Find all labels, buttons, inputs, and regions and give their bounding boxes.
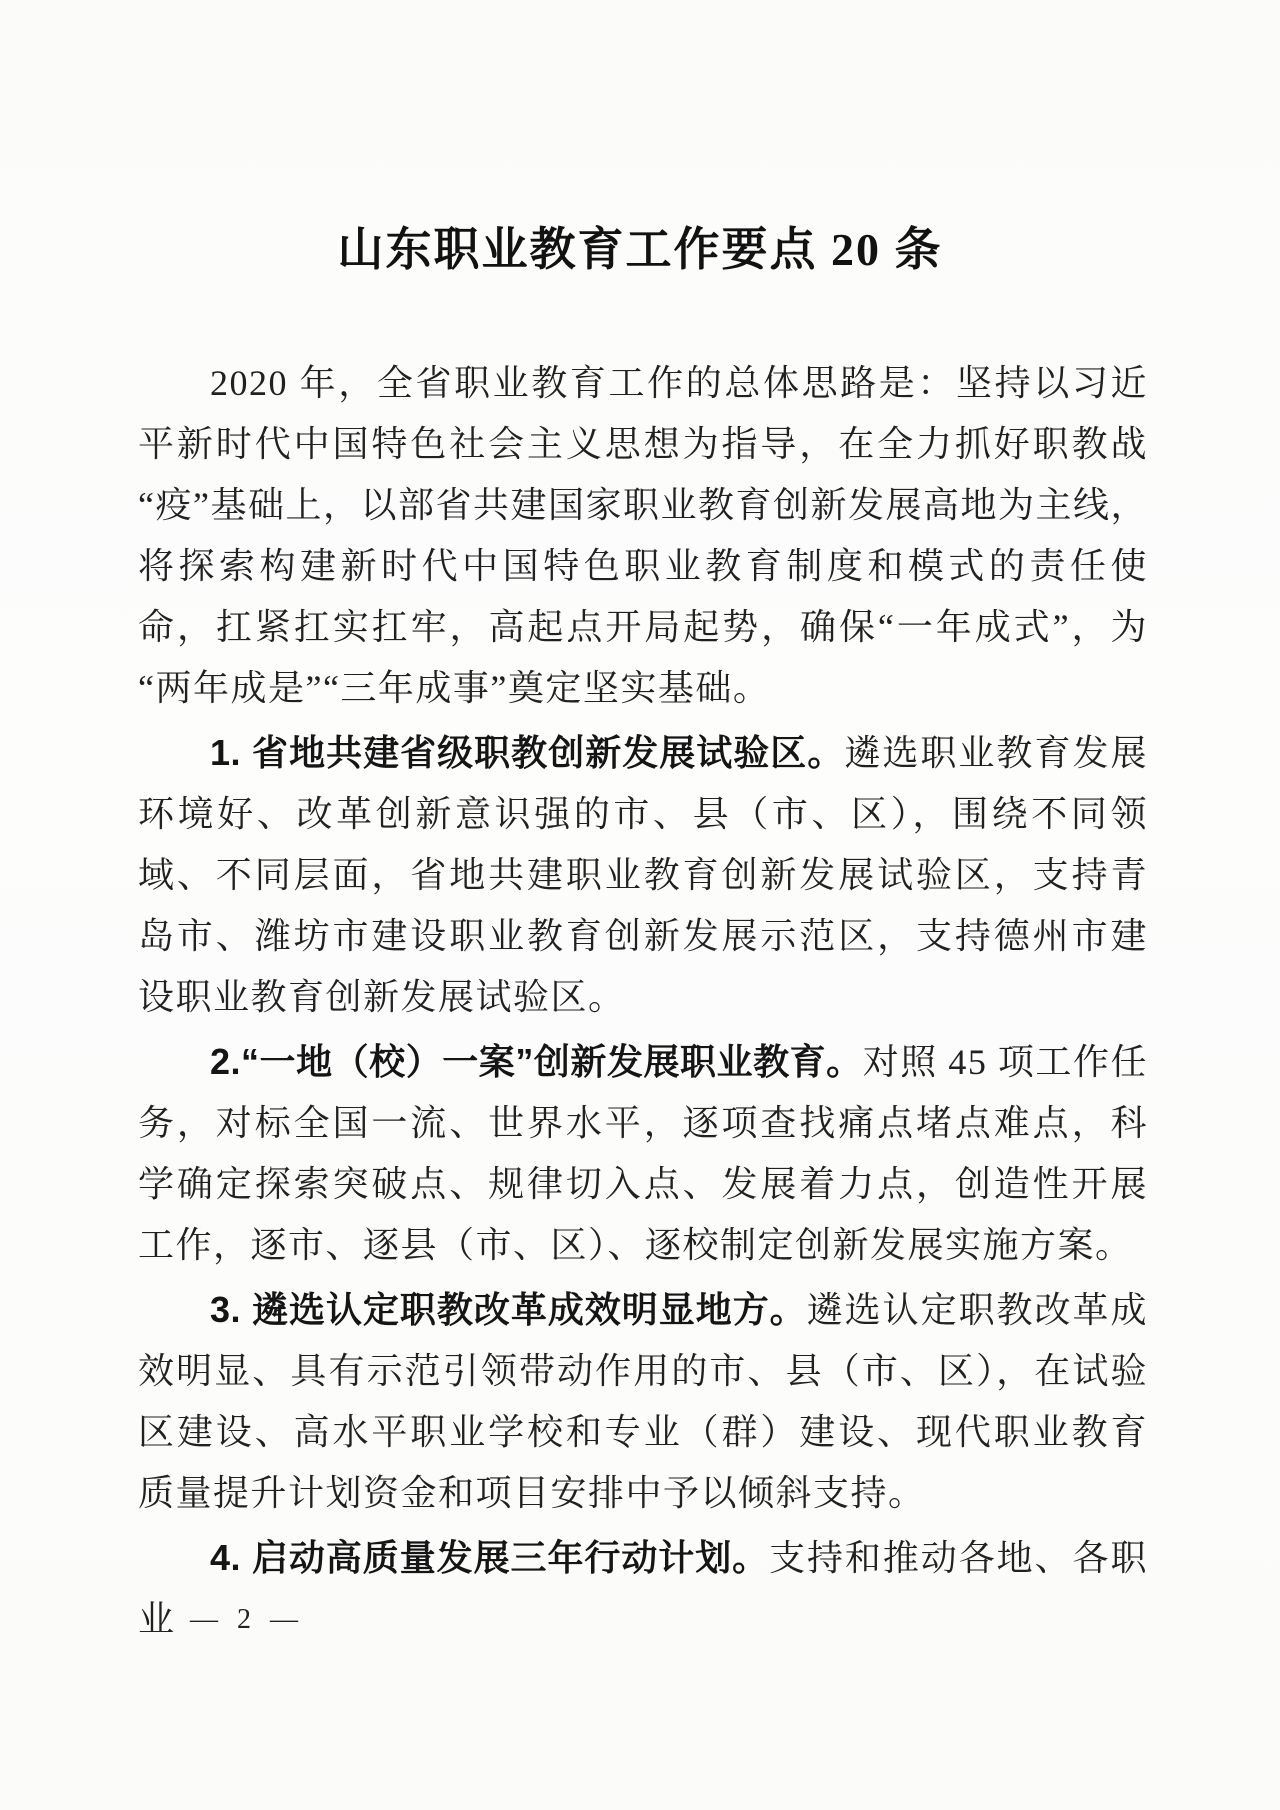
page-number: — 2 — xyxy=(190,1604,304,1636)
document-body: 2020 年，全省职业教育工作的总体思路是：坚持以习近平新时代中国特色社会主义思… xyxy=(138,352,1148,1650)
page-title: 山东职业教育工作要点 20 条 xyxy=(0,0,1280,278)
paragraph-lead: 4. 启动高质量发展三年行动计划。 xyxy=(210,1537,769,1578)
item-paragraph-3: 3. 遴选认定职教改革成效明显地方。遴选认定职教改革成效明显、具有示范引领带动作… xyxy=(138,1279,1148,1524)
paragraph-text: 2020 年，全省职业教育工作的总体思路是：坚持以习近平新时代中国特色社会主义思… xyxy=(138,363,1148,708)
item-paragraph-2: 2.“一地（校）一案”创新发展职业教育。对照 45 项工作任务，对标全国一流、世… xyxy=(138,1031,1148,1276)
item-paragraph-1: 1. 省地共建省级职教创新发展试验区。遴选职业教育发展环境好、改革创新意识强的市… xyxy=(138,722,1148,1028)
paragraph-lead: 3. 遴选认定职教改革成效明显地方。 xyxy=(210,1289,807,1330)
paragraph-lead: 1. 省地共建省级职教创新发展试验区。 xyxy=(210,732,844,773)
paragraph-lead: 2.“一地（校）一案”创新发展职业教育。 xyxy=(210,1041,863,1082)
document-page: 山东职业教育工作要点 20 条 2020 年，全省职业教育工作的总体思路是：坚持… xyxy=(0,0,1280,1810)
intro-paragraph: 2020 年，全省职业教育工作的总体思路是：坚持以习近平新时代中国特色社会主义思… xyxy=(138,352,1148,719)
paragraph-text: 遴选职业教育发展环境好、改革创新意识强的市、县（市、区），围绕不同领域、不同层面… xyxy=(138,733,1148,1017)
